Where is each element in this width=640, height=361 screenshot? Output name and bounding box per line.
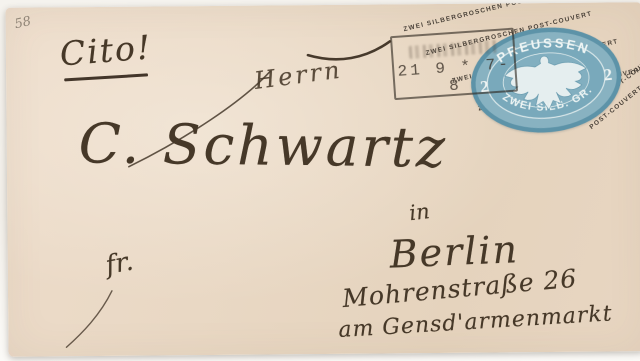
urgency-note: Cito! (58, 27, 153, 73)
recipient-name: C. Schwartz (78, 111, 448, 180)
flourish-stroke-top (308, 41, 390, 59)
flourish-stroke-fr-tail (66, 291, 112, 347)
postmark: 21 9 * 7-8 (390, 28, 518, 100)
franco-note: fr. (103, 247, 135, 282)
pencil-number: 58 (13, 14, 32, 32)
salutation: Herrn (253, 56, 344, 95)
envelope: 58 ZWEI SILBERGROSCHEN POST-COUVERT ZWEI… (5, 2, 640, 357)
underline-stroke (64, 73, 148, 81)
stamp-denomination-right: 2 (603, 65, 613, 85)
preposition-in: in (408, 199, 431, 225)
postmark-date: 21 9 * 7-8 (394, 55, 516, 99)
photo-backdrop: 58 ZWEI SILBERGROSCHEN POST-COUVERT ZWEI… (0, 0, 640, 361)
